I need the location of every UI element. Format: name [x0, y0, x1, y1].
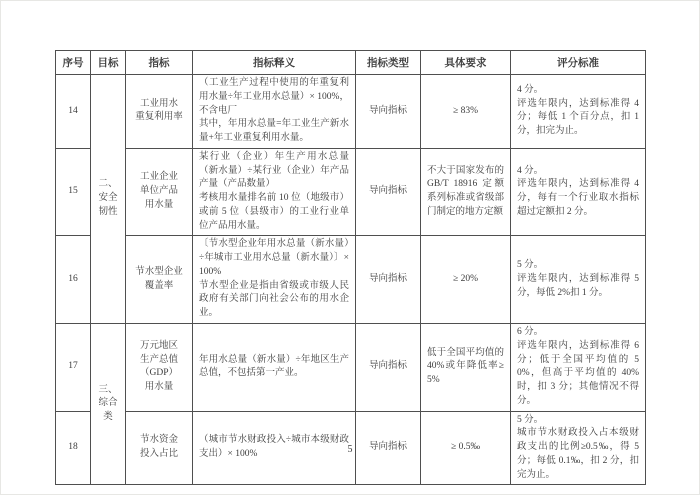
row-number: 14 — [56, 75, 91, 149]
col-header-goal: 目标 — [91, 51, 126, 75]
table-row: 16 节水型企业 覆盖率 〔节水型企业年用水总量（新水量）÷年城市工业用水总量（… — [56, 236, 646, 324]
requirement: 低于全国平均值的 40%或年降低率≥5% — [421, 324, 511, 412]
row-number: 15 — [56, 148, 91, 236]
indicator-definition: （工业生产过程中使用的年重复利用水量÷年工业用水总量）× 100%，不含电厂 其… — [193, 75, 356, 149]
indicator-type: 导向指标 — [356, 148, 421, 236]
table-row: 14 二、 安全 韧性 工业用水 重复利用率 （工业生产过程中使用的年重复利用水… — [56, 75, 646, 149]
indicator-definition: 年用水总量（新水量）÷年地区生产总值，不包括第一产业。 — [193, 324, 356, 412]
indicator-type: 导向指标 — [356, 236, 421, 324]
table-row: 17 三、 综合类 万元地区 生产总值 （GDP） 用水量 年用水总量（新水量）… — [56, 324, 646, 412]
goal-cell-safety-resilience: 二、 安全 韧性 — [91, 75, 126, 324]
indicator-name: 节水型企业 覆盖率 — [126, 236, 193, 324]
indicator-name: 工业企业 单位产品 用水量 — [126, 148, 193, 236]
col-header-requirement: 具体要求 — [421, 51, 511, 75]
indicator-name: 工业用水 重复利用率 — [126, 75, 193, 149]
col-header-indicator: 指标 — [126, 51, 193, 75]
scoring-criteria: 6 分。 评选年限内，达到标准得 6 分；低于全国平均值的 50%，但高于平均值… — [511, 324, 646, 412]
table-header-row: 序号 目标 指标 指标释义 指标类型 具体要求 评分标准 — [56, 51, 646, 75]
document-page: 序号 目标 指标 指标释义 指标类型 具体要求 评分标准 14 二、 安全 韧性… — [0, 0, 700, 495]
requirement: ≥ 20% — [421, 236, 511, 324]
indicator-type: 导向指标 — [356, 75, 421, 149]
col-header-scoring: 评分标准 — [511, 51, 646, 75]
row-number: 16 — [56, 236, 91, 324]
row-number: 17 — [56, 324, 91, 412]
indicator-type: 导向指标 — [356, 324, 421, 412]
scoring-criteria: 4 分。 评选年限内，达到标准得 4 分，每有一个行业取水指标超过定额扣 2 分… — [511, 148, 646, 236]
scoring-criteria-table: 序号 目标 指标 指标释义 指标类型 具体要求 评分标准 14 二、 安全 韧性… — [55, 50, 646, 485]
page-number: 5 — [0, 444, 700, 455]
scoring-criteria: 5 分。 评选年限内，达到标准得 5 分，每低 2%扣 1 分。 — [511, 236, 646, 324]
scoring-criteria: 4 分。 评选年限内，达到标准得 4 分；每低 1 个百分点，扣 1 分，扣完为… — [511, 75, 646, 149]
col-header-definition: 指标释义 — [193, 51, 356, 75]
col-header-number: 序号 — [56, 51, 91, 75]
indicator-name: 万元地区 生产总值 （GDP） 用水量 — [126, 324, 193, 412]
goal-cell-comprehensive: 三、 综合类 — [91, 324, 126, 485]
requirement: 不大于国家发布的 GB/T 18916 定额系列标准或省级部门制定的地方定额 — [421, 148, 511, 236]
table-row: 15 工业企业 单位产品 用水量 某行业（企业）年生产用水总量（新水量）÷某行业… — [56, 148, 646, 236]
col-header-type: 指标类型 — [356, 51, 421, 75]
requirement: ≥ 83% — [421, 75, 511, 149]
indicator-definition: 某行业（企业）年生产用水总量（新水量）÷某行业（企业）年产品产量（产品数量） 考… — [193, 148, 356, 236]
indicator-definition: 〔节水型企业年用水总量（新水量）÷年城市工业用水总量（新水量）〕× 100% 节… — [193, 236, 356, 324]
